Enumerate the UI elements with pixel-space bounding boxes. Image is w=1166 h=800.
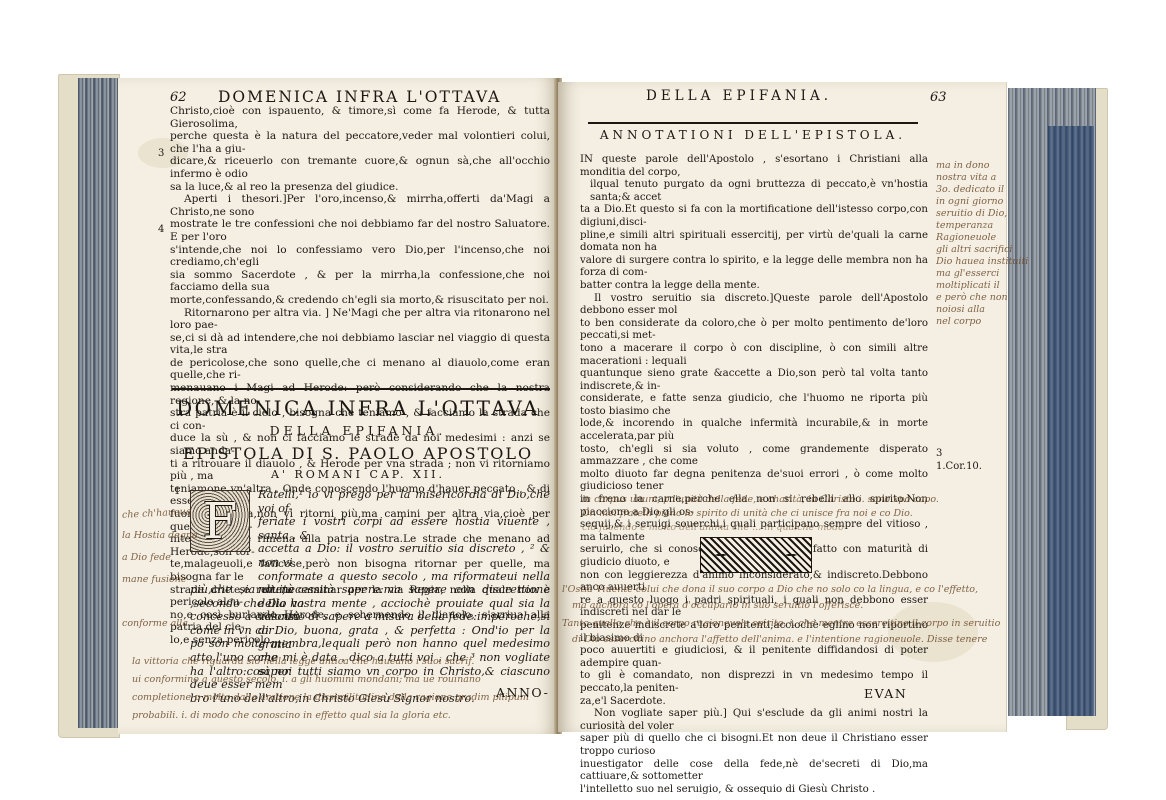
catchword: EVAN: [864, 686, 907, 701]
handwritten-margin-note: la Hostia degna: [122, 530, 198, 541]
handwritten-note: probabili. i. di modo che conoscino in e…: [132, 710, 451, 721]
epistle-subtitle: A' ROMANI CAP. XII.: [158, 468, 558, 481]
blue-sprinkled-edge: [1048, 126, 1094, 716]
handwritten-margin-note: 3o. dedicato il: [936, 184, 1004, 195]
catchword: ANNO-: [496, 685, 549, 700]
page-number: 62: [170, 90, 187, 105]
handwritten-note: ui conformino a questo secolo. i. a gli …: [132, 674, 481, 685]
handwritten-note: completione p molto dalla aratione la di…: [132, 692, 529, 703]
page-number: 63: [930, 90, 947, 105]
handwritten-note: Dr. mei fratelli piano lo spirito di uni…: [582, 508, 913, 519]
handwritten-margin-note: seruitio di Dio,: [936, 208, 1007, 219]
handwritten-margin-note: Dio hauea instituiti: [936, 256, 1028, 267]
margin-number: 3: [158, 148, 164, 159]
handwritten-margin-note: gli altri sacrifici: [936, 244, 1012, 255]
running-head: DELLA EPIFANIA.: [646, 88, 832, 104]
handwritten-note: in corpus unum, p l'unità della fede, e …: [582, 494, 939, 505]
handwritten-margin-note: ma gl'esserci: [936, 268, 999, 279]
margin-number: 3: [936, 448, 942, 459]
margin-number: 4: [158, 224, 164, 235]
handwritten-margin-note: a Dio fede: [122, 552, 171, 563]
right-page: DELLA EPIFANIA. 63 ANNOTATIONI DELL'EPIS…: [558, 82, 1007, 732]
handwritten-margin-note: nel corpo: [936, 316, 981, 327]
handwritten-margin-note: ma in dono: [936, 160, 990, 171]
handwritten-margin-note: Ragioneuole: [936, 232, 996, 243]
handwritten-note: Tanto quello che è il corpo ragionevole …: [562, 618, 1000, 629]
annotations-title: ANNOTATIONI DELL'EPISTOLA.: [578, 128, 928, 142]
handwritten-margin-note: in ogni giorno: [936, 196, 1003, 207]
section-rule: [172, 388, 550, 390]
handwritten-margin-note: conforme alla: [122, 618, 188, 629]
header-rule: [588, 122, 918, 124]
handwritten-note: di Dio essercitino anchora l'affetto del…: [572, 634, 987, 645]
handwritten-margin-note: temperanza: [936, 220, 993, 231]
printer-ornament: [700, 537, 812, 573]
handwritten-note: l'Ostia Viuente colui che dona il suo co…: [562, 584, 978, 595]
handwritten-margin-note: moltiplicati il: [936, 280, 1000, 291]
handwritten-margin-note: nostra vita a: [936, 172, 996, 183]
handwritten-note: la vittoria che riguarda sio nella legge…: [132, 656, 474, 667]
margin-number: 1: [174, 486, 180, 497]
handwritten-note: ma anchora co l'opera d'occuparlo in suo…: [572, 600, 863, 611]
handwritten-margin-note: noiosi alla: [936, 304, 985, 315]
epistle-title: EPISTOLA DI S. PAOLO APOSTOLO: [158, 444, 558, 463]
handwritten-margin-note: mane fusione: [122, 574, 186, 585]
left-page: 62 DOMENICA INFRA L'OTTAVA 3 4 Christo,c…: [118, 78, 558, 734]
decorated-initial: F: [190, 490, 250, 552]
running-head: DOMENICA INFRA L'OTTAVA: [218, 88, 501, 106]
handwritten-note: ciò facendo e molto dell'anima che ... i…: [582, 522, 844, 533]
scripture-reference: 1.Cor.10.: [936, 461, 982, 472]
open-book: 62 DOMENICA INFRA L'OTTAVA 3 4 Christo,c…: [58, 70, 1108, 742]
section-subtitle: DELLA EPIFANIA.: [158, 423, 558, 438]
section-title: DOMENICA INFRA L'OTTAVA: [158, 396, 558, 420]
handwritten-margin-note: e però che non: [936, 292, 1008, 303]
